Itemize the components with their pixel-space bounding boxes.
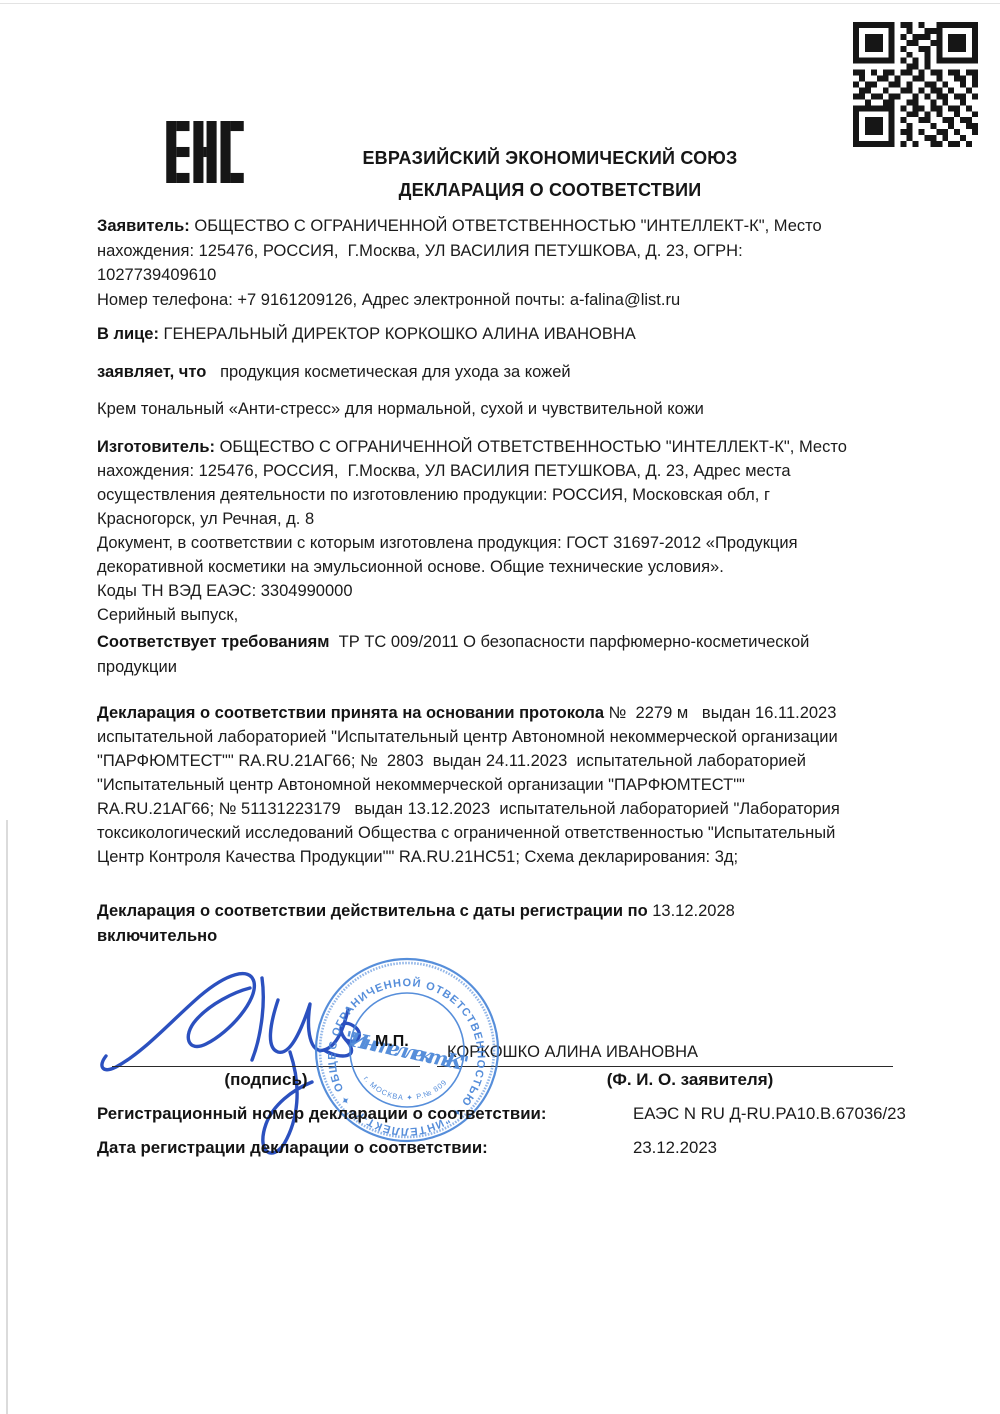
basis-label: Декларация о соответствии принята на осн… bbox=[97, 704, 604, 722]
product-name: Крем тональный «Анти-стресс» для нормаль… bbox=[97, 397, 992, 422]
scan-edge-artifact bbox=[6, 820, 8, 1414]
validity-label: Декларация о соответствии действительна … bbox=[97, 902, 648, 920]
holder-caption: (Ф. И. О. заявителя) bbox=[540, 1070, 840, 1090]
registration-date-row: Дата регистрации декларации о соответств… bbox=[97, 1138, 992, 1158]
registration-number-value: ЕАЭС N RU Д-RU.РА10.В.67036/23 bbox=[633, 1104, 992, 1124]
representative-label: В лице: bbox=[97, 325, 159, 343]
basis-text: № 2279 м выдан 16.11.2023 испытательной … bbox=[97, 704, 840, 866]
declares-label: заявляет, что bbox=[97, 363, 206, 381]
compliance-label: Соответствует требованиям bbox=[97, 633, 330, 651]
basis-paragraph: Декларация о соответствии принята на осн… bbox=[97, 701, 992, 869]
stamp-place-label: М.П. bbox=[375, 1033, 409, 1051]
svg-text:г. МОСКВА ✦ Р.№ 809: г. МОСКВА ✦ Р.№ 809 bbox=[362, 1074, 449, 1102]
document-title: ДЕКЛАРАЦИЯ О СООТВЕТСТВИИ bbox=[120, 174, 980, 206]
validity-paragraph: Декларация о соответствии действительна … bbox=[97, 899, 992, 948]
validity-suffix: включительно bbox=[97, 927, 217, 945]
manufacturer-text: ОБЩЕСТВО С ОГРАНИЧЕННОЙ ОТВЕТСТВЕННОСТЬЮ… bbox=[97, 438, 847, 624]
stamp-inner-text: г. МОСКВА ✦ Р.№ 809 bbox=[362, 1074, 449, 1102]
applicant-text: ОБЩЕСТВО С ОГРАНИЧЕННОЙ ОТВЕТСТВЕННОСТЬЮ… bbox=[97, 217, 822, 309]
compliance-paragraph: Соответствует требованиям ТР ТС 009/2011… bbox=[97, 630, 992, 679]
manufacturer-paragraph: Изготовитель: ОБЩЕСТВО С ОГРАНИЧЕННОЙ ОТ… bbox=[97, 435, 992, 627]
representative-text: ГЕНЕРАЛЬНЫЙ ДИРЕКТОР КОРКОШКО АЛИНА ИВАН… bbox=[159, 325, 636, 343]
scan-edge-artifact-top bbox=[0, 3, 1000, 4]
applicant-paragraph: Заявитель: ОБЩЕСТВО С ОГРАНИЧЕННОЙ ОТВЕТ… bbox=[97, 214, 992, 312]
manufacturer-label: Изготовитель: bbox=[97, 438, 215, 456]
declares-paragraph: заявляет, что продукция косметическая дл… bbox=[97, 360, 992, 385]
declaration-document: ЕВРАЗИЙСКИЙ ЭКОНОМИЧЕСКИЙ СОЮЗ ДЕКЛАРАЦИ… bbox=[0, 0, 1000, 1414]
qr-code-icon bbox=[853, 22, 978, 147]
validity-date: 13.12.2028 bbox=[648, 902, 735, 920]
applicant-label: Заявитель: bbox=[97, 217, 190, 235]
registration-date-label: Дата регистрации декларации о соответств… bbox=[97, 1138, 633, 1158]
union-name: ЕВРАЗИЙСКИЙ ЭКОНОМИЧЕСКИЙ СОЮЗ bbox=[120, 142, 980, 174]
representative-paragraph: В лице: ГЕНЕРАЛЬНЫЙ ДИРЕКТОР КОРКОШКО АЛ… bbox=[97, 322, 992, 347]
registration-number-row: Регистрационный номер декларации о соотв… bbox=[97, 1104, 992, 1124]
registration-date-value: 23.12.2023 bbox=[633, 1138, 992, 1158]
declares-text: продукция косметическая для ухода за кож… bbox=[206, 363, 570, 381]
registration-number-label: Регистрационный номер декларации о соотв… bbox=[97, 1104, 633, 1124]
document-header: ЕВРАЗИЙСКИЙ ЭКОНОМИЧЕСКИЙ СОЮЗ ДЕКЛАРАЦИ… bbox=[120, 142, 980, 206]
